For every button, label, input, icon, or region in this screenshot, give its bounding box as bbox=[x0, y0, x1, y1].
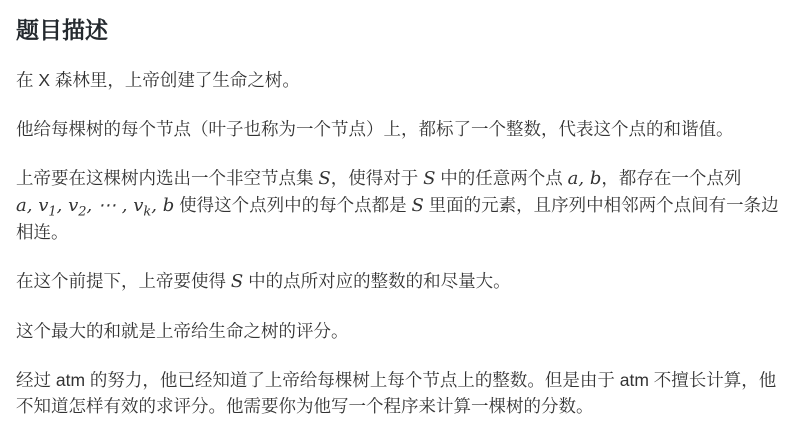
text-run: 他给每棵树的每个节点（叶子也称为一个节点）上，都标了一个整数，代表这个点的和谐值… bbox=[16, 119, 734, 139]
paragraph: 他给每棵树的每个节点（叶子也称为一个节点）上，都标了一个整数，代表这个点的和谐值… bbox=[16, 116, 781, 142]
text-run: 使得这个点列中的每个点都是 bbox=[174, 195, 411, 215]
text-run: 在 X 森林里，上帝创建了生命之树。 bbox=[16, 70, 300, 90]
problem-page: 题目描述 在 X 森林里，上帝创建了生命之树。他给每棵树的每个节点（叶子也称为一… bbox=[0, 0, 795, 425]
math-inline: a, v1, v2, ⋯ , vk, b bbox=[16, 195, 174, 216]
math-inline: S bbox=[318, 168, 330, 189]
paragraph: 上帝要在这棵树内选出一个非空节点集 S，使得对于 S 中的任意两个点 a, b，… bbox=[16, 165, 781, 245]
section-heading: 题目描述 bbox=[16, 16, 781, 44]
paragraph: 这个最大的和就是上帝给生命之树的评分。 bbox=[16, 318, 781, 344]
math-inline: S bbox=[423, 168, 435, 189]
text-run: 这个最大的和就是上帝给生命之树的评分。 bbox=[16, 321, 349, 341]
math-inline: S bbox=[231, 271, 243, 292]
text-run: 中的任意两个点 bbox=[435, 168, 567, 188]
paragraph: 在这个前提下，上帝要使得 S 中的点所对应的整数的和尽量大。 bbox=[16, 268, 781, 295]
math-inline: S bbox=[411, 195, 423, 216]
text-run: 中的点所对应的整数的和尽量大。 bbox=[243, 271, 510, 291]
problem-description-body: 在 X 森林里，上帝创建了生命之树。他给每棵树的每个节点（叶子也称为一个节点）上… bbox=[16, 67, 781, 419]
text-run: 上帝要在这棵树内选出一个非空节点集 bbox=[16, 168, 318, 188]
text-run: 经过 atm 的努力，他已经知道了上帝给每棵树上每个节点上的整数。但是由于 at… bbox=[16, 370, 776, 416]
paragraph: 经过 atm 的努力，他已经知道了上帝给每棵树上每个节点上的整数。但是由于 at… bbox=[16, 367, 781, 419]
text-run: ，使得对于 bbox=[331, 168, 423, 188]
text-run: ，都存在一个点列 bbox=[601, 168, 741, 188]
math-inline: a, b bbox=[568, 168, 602, 189]
paragraph: 在 X 森林里，上帝创建了生命之树。 bbox=[16, 67, 781, 93]
text-run: 在这个前提下，上帝要使得 bbox=[16, 271, 231, 291]
